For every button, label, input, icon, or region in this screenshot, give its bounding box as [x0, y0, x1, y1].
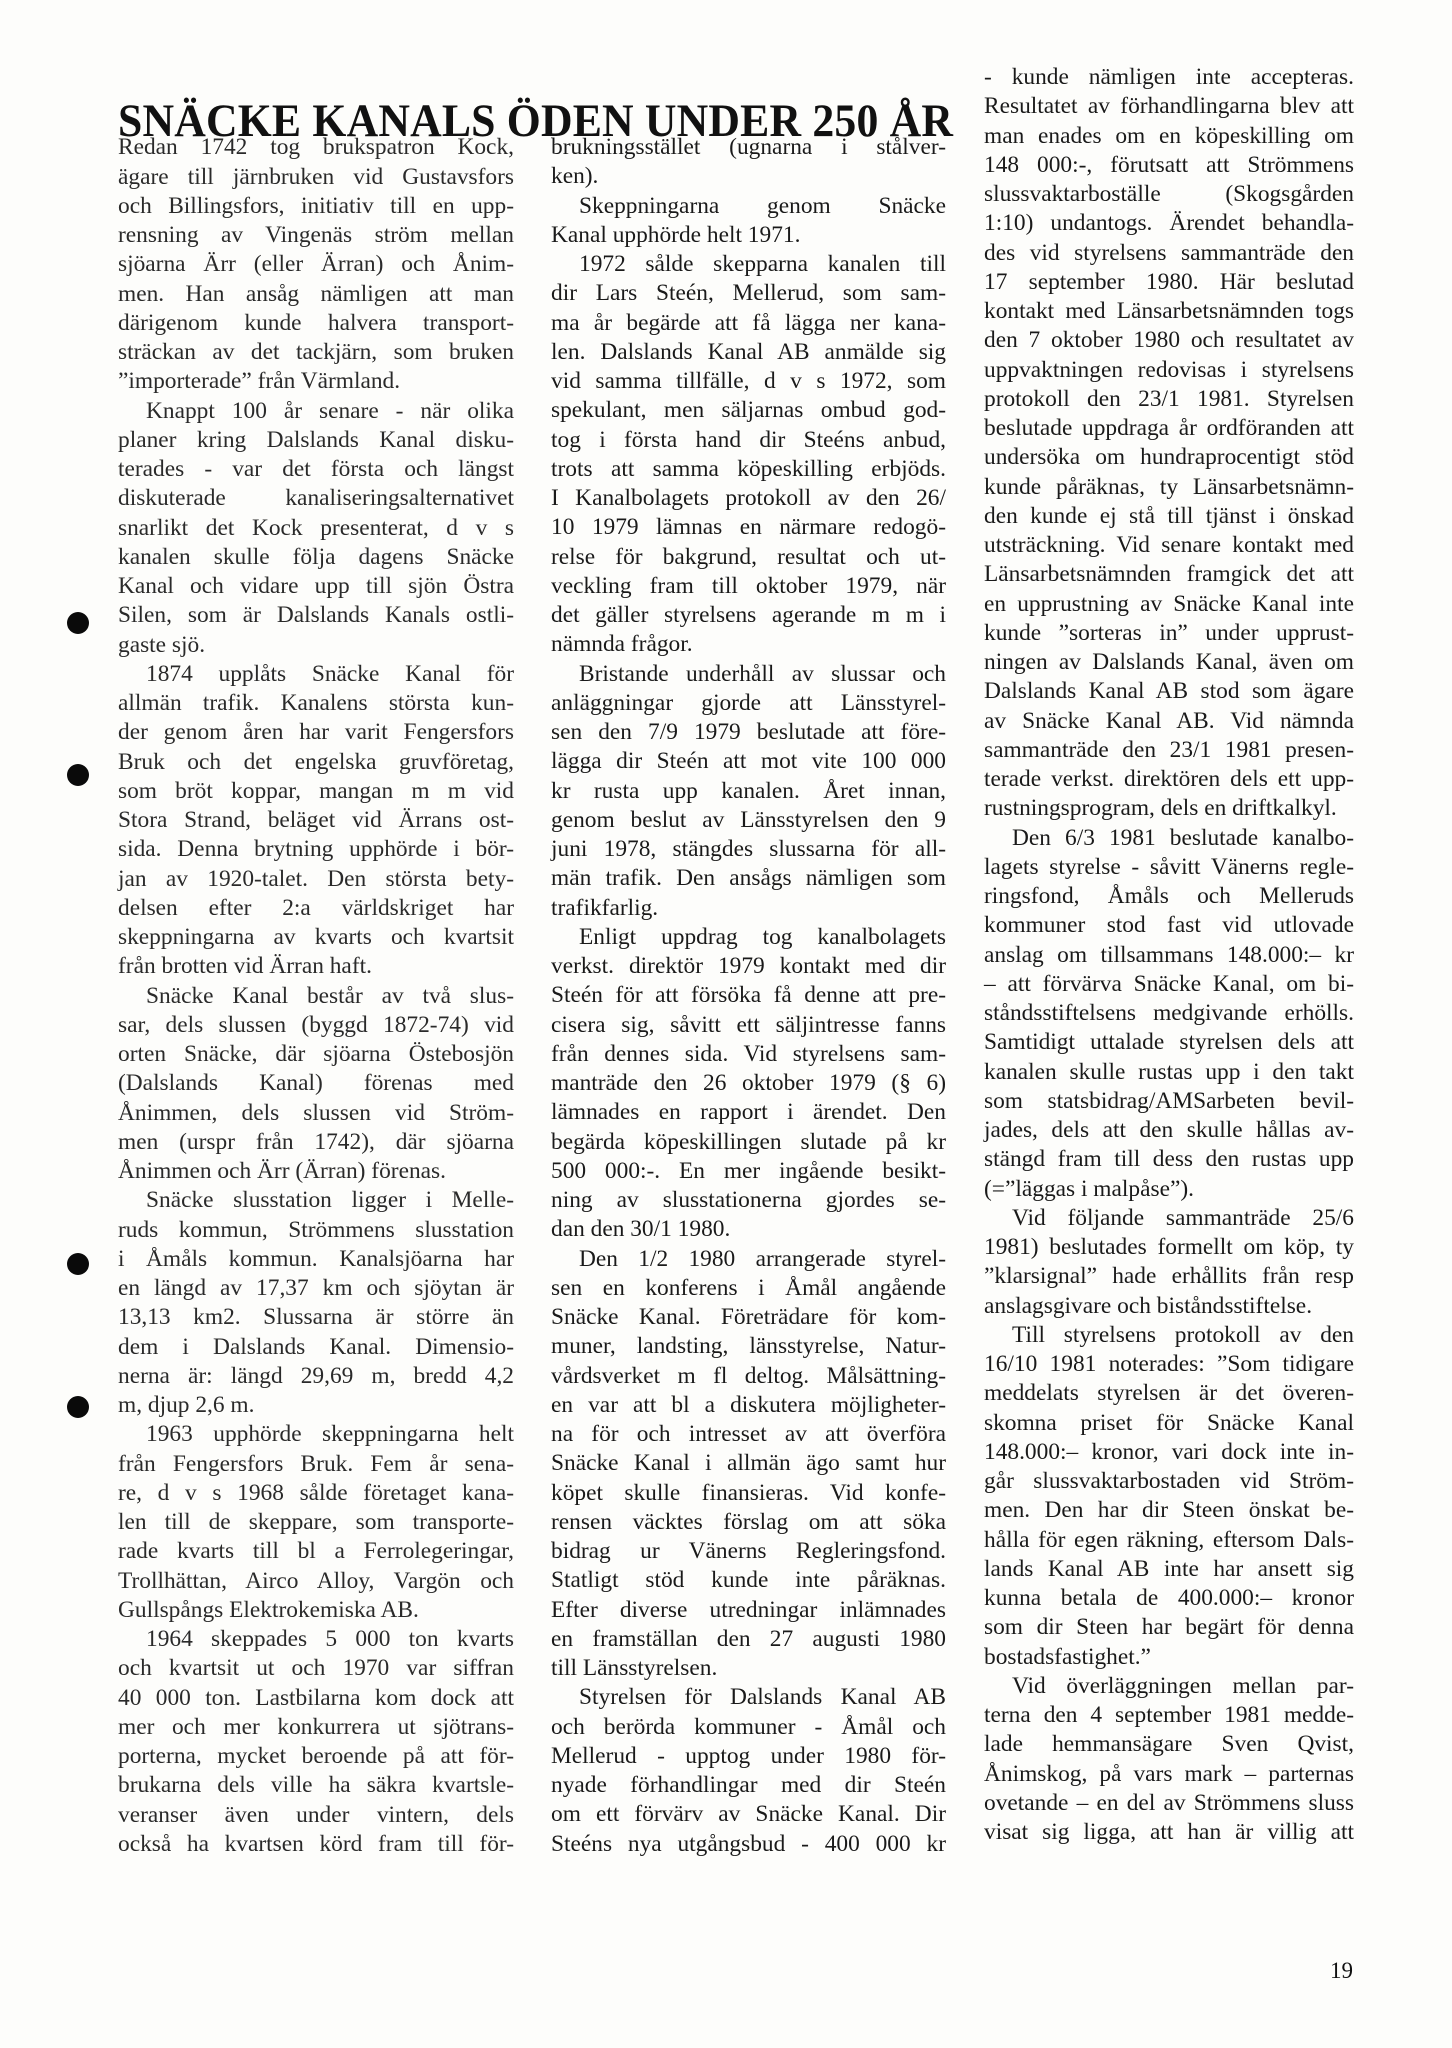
text-line: sammanträde den 23/1 1981 presen-: [984, 736, 1354, 765]
text-line: verkst. direktör 1979 kontakt med dir: [551, 952, 946, 981]
text-line: lägga dir Steén att mot vite 100 000: [551, 747, 946, 776]
text-line: allmän trafik. Kanalens största kun-: [118, 689, 514, 718]
text-line: Enligt uppdrag tog kanalbolagets: [551, 923, 946, 952]
text-column-3: - kunde nämligen inte accepteras.Resulta…: [984, 63, 1354, 1847]
text-line: och kvartsit ut och 1970 var siffran: [118, 1654, 514, 1683]
text-line: en framställan den 27 augusti 1980: [551, 1625, 946, 1654]
text-line: Dalslands Kanal AB stod som ägare: [984, 677, 1354, 706]
text-line: rensning av Vingenäs ström mellan: [118, 221, 514, 250]
text-line: terades - var det första och längst: [118, 455, 514, 484]
text-line: lagets styrelse - såvitt Vänerns regle-: [984, 853, 1354, 882]
text-line: Steéns nya utgångsbud - 400 000 kr: [551, 1830, 946, 1859]
text-line: sen den 7/9 1979 beslutade att före-: [551, 718, 946, 747]
text-line: Redan 1742 tog brukspatron Kock,: [118, 133, 514, 162]
text-line: begärda köpeskillingen slutade på kr: [551, 1128, 946, 1157]
text-line: diskuterade kanaliseringsalternativet: [118, 484, 514, 513]
text-line: kunna betala de 400.000:– kronor: [984, 1584, 1354, 1613]
text-line: kanalen skulle rustas upp i den takt: [984, 1058, 1354, 1087]
text-line: Knappt 100 år senare - när olika: [118, 397, 514, 426]
text-line: (=”läggas i malpåse”).: [984, 1175, 1354, 1204]
text-line: na för och intresset av att överföra: [551, 1420, 946, 1449]
text-line: delsen efter 2:a världskriget har: [118, 894, 514, 923]
text-line: nyade förhandlingar med dir Steén: [551, 1771, 946, 1800]
text-line: utsträckning. Vid senare kontakt med: [984, 531, 1354, 560]
text-line: Vid överläggningen mellan par-: [984, 1672, 1354, 1701]
text-line: orten Snäcke, där sjöarna Östebosjön: [118, 1040, 514, 1069]
text-line: av Snäcke Kanal AB. Vid nämnda: [984, 707, 1354, 736]
text-line: ringsfond, Åmåls och Melleruds: [984, 882, 1354, 911]
text-line: ”importerade” från Värmland.: [118, 367, 514, 396]
text-line: 1874 upplåts Snäcke Kanal för: [118, 660, 514, 689]
text-line: stängd fram till dess den rustas upp: [984, 1145, 1354, 1174]
text-line: och Billingsfors, initiativ till en upp-: [118, 192, 514, 221]
text-line: ovetande – en del av Strömmens sluss: [984, 1789, 1354, 1818]
text-line: 40 000 ton. Lastbilarna kom dock att: [118, 1684, 514, 1713]
text-line: Bruk och det engelska gruvföretag,: [118, 748, 514, 777]
text-line: ning av slusstationerna gjordes se-: [551, 1186, 946, 1215]
text-line: jades, dels att den skulle hållas av-: [984, 1116, 1354, 1145]
text-line: Snäcke Kanal består av två slus-: [118, 982, 514, 1011]
text-line: köpet skulle finansieras. Vid konfe-: [551, 1479, 946, 1508]
text-line: 10 1979 lämnas en närmare redogö-: [551, 513, 946, 542]
text-line: brukarna dels ville ha säkra kvartsle-: [118, 1771, 514, 1800]
text-line: snarlikt det Kock presenterat, d v s: [118, 514, 514, 543]
text-line: till Länsstyrelsen.: [551, 1654, 946, 1683]
text-line: sträckan av det tackjärn, som bruken: [118, 338, 514, 367]
text-line: terade verkst. direktören dels ett upp-: [984, 765, 1354, 794]
text-line: porterna, mycket beroende på att för-: [118, 1742, 514, 1771]
text-line: man enades om en köpeskilling om: [984, 122, 1354, 151]
page-number: 19: [1330, 1958, 1353, 1984]
text-line: 1972 sålde skepparna kanalen till: [551, 250, 946, 279]
text-line: ma år begärde att få lägga ner kana-: [551, 309, 946, 338]
text-line: lade hemmansägare Sven Qvist,: [984, 1730, 1354, 1759]
text-line: hålla för egen räkning, eftersom Dals-: [984, 1526, 1354, 1555]
text-line: sar, dels slussen (byggd 1872-74) vid: [118, 1011, 514, 1040]
text-line: ståndsstiftelsens medgivande erhölls.: [984, 999, 1354, 1028]
text-line: Steén för att försöka få denne att pre-: [551, 981, 946, 1010]
text-line: - kunde nämligen inte accepteras.: [984, 63, 1354, 92]
text-line: Resultatet av förhandlingarna blev att: [984, 92, 1354, 121]
text-line: Snäcke Kanal. Företrädare för kom-: [551, 1303, 946, 1332]
text-line: 1:10) undantogs. Ärendet behandla-: [984, 209, 1354, 238]
text-line: len till de skeppare, som transporte-: [118, 1508, 514, 1537]
text-line: Kanal och vidare upp till sjön Östra: [118, 572, 514, 601]
text-line: från brotten vid Ärran haft.: [118, 952, 514, 981]
text-line: från dennes sida. Vid styrelsens sam-: [551, 1040, 946, 1069]
text-line: sen en konferens i Åmål angående: [551, 1274, 946, 1303]
text-line: sjöarna Ärr (eller Ärran) och Ånim-: [118, 250, 514, 279]
text-line: lands Kanal AB inte har ansett sig: [984, 1555, 1354, 1584]
text-line: 1981) beslutades formellt om köp, ty: [984, 1233, 1354, 1262]
text-line: män trafik. Den ansågs nämligen som: [551, 864, 946, 893]
text-line: uppvaktningen redovisas i styrelsens: [984, 356, 1354, 385]
text-line: kr rusta upp kanalen. Året innan,: [551, 777, 946, 806]
text-line: Trollhättan, Airco Alloy, Vargön och: [118, 1567, 514, 1596]
text-line: en var att bl a diskutera möjligheter-: [551, 1391, 946, 1420]
text-line: anslagsgivare och biståndsstiftelse.: [984, 1292, 1354, 1321]
text-line: 1964 skeppades 5 000 ton kvarts: [118, 1625, 514, 1654]
text-line: kunde ”sorteras in” under upprust-: [984, 619, 1354, 648]
text-line: lämnades en rapport i ärendet. Den: [551, 1098, 946, 1127]
text-line: jan av 1920-talet. Den största bety-: [118, 865, 514, 894]
text-line: nerna är: längd 29,69 m, bredd 4,2: [118, 1362, 514, 1391]
text-line: – att förvärva Snäcke Kanal, om bi-: [984, 970, 1354, 999]
text-line: cisera sig, såvitt ett säljintresse fann…: [551, 1011, 946, 1040]
text-line: Ånimmen, dels slussen vid Ström-: [118, 1099, 514, 1128]
text-line: men. Han ansåg nämligen att man: [118, 280, 514, 309]
text-line: der genom åren har varit Fengersfors: [118, 718, 514, 747]
text-line: vid samma tillfälle, d v s 1972, som: [551, 367, 946, 396]
text-line: Snäcke slusstation ligger i Melle-: [118, 1186, 514, 1215]
text-line: 1963 upphörde skeppningarna helt: [118, 1420, 514, 1449]
text-line: därigenom kunde halvera transport-: [118, 309, 514, 338]
text-line: rensen väcktes förslag om att söka: [551, 1508, 946, 1537]
text-line: anläggningar gjorde att Länsstyrel-: [551, 689, 946, 718]
text-line: kunde påräknas, ty Länsarbetsnämn-: [984, 473, 1354, 502]
text-line: tog i första hand dir Steéns anbud,: [551, 426, 946, 455]
text-line: protokoll den 23/1 1981. Styrelsen: [984, 385, 1354, 414]
text-line: veranser även under vintern, dels: [118, 1801, 514, 1830]
text-line: meddelats styrelsen är det överen-: [984, 1379, 1354, 1408]
text-line: från Fengersfors Bruk. Fem år sena-: [118, 1450, 514, 1479]
text-line: ägare till järnbruken vid Gustavsfors: [118, 163, 514, 192]
text-line: Vid följande sammanträde 25/6: [984, 1204, 1354, 1233]
text-line: Stora Strand, beläget vid Ärrans ost-: [118, 806, 514, 835]
text-line: anslag om tillsammans 148.000:– kr: [984, 941, 1354, 970]
text-line: men (urspr från 1742), där sjöarna: [118, 1128, 514, 1157]
text-line: rustningsprogram, dels en driftkalkyl.: [984, 794, 1354, 823]
text-line: skomna priset för Snäcke Kanal: [984, 1409, 1354, 1438]
text-line: muner, landsting, länsstyrelse, Natur-: [551, 1332, 946, 1361]
text-line: Statligt stöd kunde inte påräknas.: [551, 1566, 946, 1595]
text-line: spekulant, men säljarnas ombud god-: [551, 396, 946, 425]
text-line: des vid styrelsens sammanträde den: [984, 239, 1354, 268]
text-line: veckling fram till oktober 1979, när: [551, 572, 946, 601]
text-line: Kanal upphörde helt 1971.: [551, 221, 946, 250]
text-line: 500 000:-. En mer ingående besikt-: [551, 1157, 946, 1186]
text-line: Silen, som är Dalslands Kanals ostli-: [118, 601, 514, 630]
text-line: som statsbidrag/AMSarbeten bevil-: [984, 1087, 1354, 1116]
text-line: undersöka om hundraprocentigt stöd: [984, 443, 1354, 472]
text-line: 17 september 1980. Här beslutad: [984, 268, 1354, 297]
text-line: går slussvaktarbostaden vid Ström-: [984, 1467, 1354, 1496]
text-line: (Dalslands Kanal) förenas med: [118, 1069, 514, 1098]
text-line: Efter diverse utredningar inlämnades: [551, 1596, 946, 1625]
text-line: trafikfarlig.: [551, 894, 946, 923]
text-line: och berörda kommuner - Åmål och: [551, 1713, 946, 1742]
text-line: skeppningarna av kvarts och kvartsit: [118, 923, 514, 952]
text-line: dan den 30/1 1980.: [551, 1215, 946, 1244]
text-line: det gäller styrelsens agerande m m i: [551, 601, 946, 630]
text-line: ken).: [551, 162, 946, 191]
text-line: Skeppningarna genom Snäcke: [551, 192, 946, 221]
text-line: re, d v s 1968 sålde företaget kana-: [118, 1479, 514, 1508]
text-line: Länsarbetsnämnden framgick det att: [984, 560, 1354, 589]
text-line: slussvaktarboställe (Skogsgården: [984, 180, 1354, 209]
text-line: Den 1/2 1980 arrangerade styrel-: [551, 1245, 946, 1274]
text-line: m, djup 2,6 m.: [118, 1391, 514, 1420]
text-line: dem i Dalslands Kanal. Dimensio-: [118, 1333, 514, 1362]
text-line: kontakt med Länsarbetsnämnden togs: [984, 297, 1354, 326]
text-line: mer och mer konkurrera ut sjötrans-: [118, 1713, 514, 1742]
text-line: Ånimmen och Ärr (Ärran) förenas.: [118, 1157, 514, 1186]
binder-hole-icon: [67, 612, 89, 634]
text-column-1: Redan 1742 tog brukspatron Kock,ägare ti…: [118, 104, 514, 1859]
text-line: Styrelsen för Dalslands Kanal AB: [551, 1683, 946, 1712]
text-line: Bristande underhåll av slussar och: [551, 660, 946, 689]
text-line: manträde den 26 oktober 1979 (§ 6): [551, 1069, 946, 1098]
text-line: en längd av 17,37 km och sjöytan är: [118, 1274, 514, 1303]
binder-hole-icon: [67, 1396, 89, 1418]
text-line: relse för bakgrund, resultat och ut-: [551, 543, 946, 572]
text-line: 13,13 km2. Slussarna är större än: [118, 1303, 514, 1332]
text-column-2: brukningsstället (ugnarna i stålver-ken)…: [551, 133, 946, 1859]
text-line: len. Dalslands Kanal AB anmälde sig: [551, 338, 946, 367]
text-line: om ett förvärv av Snäcke Kanal. Dir: [551, 1800, 946, 1829]
text-line: kanalen skulle följa dagens Snäcke: [118, 543, 514, 572]
text-line: Ånimskog, på vars mark – parternas: [984, 1760, 1354, 1789]
text-line: 16/10 1981 noterades: ”Som tidigare: [984, 1350, 1354, 1379]
text-line: juni 1978, stängdes slussarna för all-: [551, 835, 946, 864]
text-line: planer kring Dalslands Kanal disku-: [118, 426, 514, 455]
text-line: brukningsstället (ugnarna i stålver-: [551, 133, 946, 162]
text-line: dir Lars Steén, Mellerud, som sam-: [551, 279, 946, 308]
text-line: vårdsverket m fl deltog. Målsättning-: [551, 1362, 946, 1391]
text-line: ”klarsignal” hade erhållits från resp: [984, 1262, 1354, 1291]
text-line: gaste sjö.: [118, 631, 514, 660]
text-line: terna den 4 september 1981 medde-: [984, 1701, 1354, 1730]
text-line: en upprustning av Snäcke Kanal inte: [984, 590, 1354, 619]
binder-hole-icon: [67, 1253, 89, 1275]
text-line: Snäcke Kanal i allmän ägo samt hur: [551, 1449, 946, 1478]
text-line: ningen av Dalslands Kanal, även om: [984, 648, 1354, 677]
text-line: också ha kvartsen körd fram till för-: [118, 1830, 514, 1859]
text-line: ruds kommun, Strömmens slusstation: [118, 1216, 514, 1245]
text-line: sida. Denna brytning upphörde i bör-: [118, 835, 514, 864]
text-line: genom beslut av Länsstyrelsen den 9: [551, 806, 946, 835]
text-line: beslutade uppdraga år ordföranden att: [984, 414, 1354, 443]
text-line: Till styrelsens protokoll av den: [984, 1321, 1354, 1350]
text-line: den kunde ej stå till tjänst i önskad: [984, 502, 1354, 531]
text-line: Mellerud - upptog under 1980 för-: [551, 1742, 946, 1771]
text-line: i Åmåls kommun. Kanalsjöarna har: [118, 1245, 514, 1274]
text-line: Samtidigt uttalade styrelsen dels att: [984, 1028, 1354, 1057]
text-line: nämnda frågor.: [551, 630, 946, 659]
text-line: rade kvarts till bl a Ferrolegeringar,: [118, 1537, 514, 1566]
text-line: visat sig ligga, att han är villig att: [984, 1818, 1354, 1847]
text-line: men. Den har dir Steen önskat be-: [984, 1496, 1354, 1525]
text-line: kommuner stod fast vid utlovade: [984, 911, 1354, 940]
text-line: Den 6/3 1981 beslutade kanalbo-: [984, 824, 1354, 853]
text-line: som dir Steen har begärt för denna: [984, 1613, 1354, 1642]
text-line: bidrag ur Vänerns Regleringsfond.: [551, 1537, 946, 1566]
binder-hole-icon: [67, 764, 89, 786]
text-line: Gullspångs Elektrokemiska AB.: [118, 1596, 514, 1625]
text-line: I Kanalbolagets protokoll av den 26/: [551, 484, 946, 513]
text-line: den 7 oktober 1980 och resultatet av: [984, 326, 1354, 355]
text-line: som bröt koppar, mangan m m vid: [118, 777, 514, 806]
text-line: bostadsfastighet.”: [984, 1643, 1354, 1672]
text-line: 148.000:– kronor, vari dock inte in-: [984, 1438, 1354, 1467]
text-line: 148 000:-, förutsatt att Strömmens: [984, 151, 1354, 180]
text-line: trots att samma köpeskilling erbjöds.: [551, 455, 946, 484]
